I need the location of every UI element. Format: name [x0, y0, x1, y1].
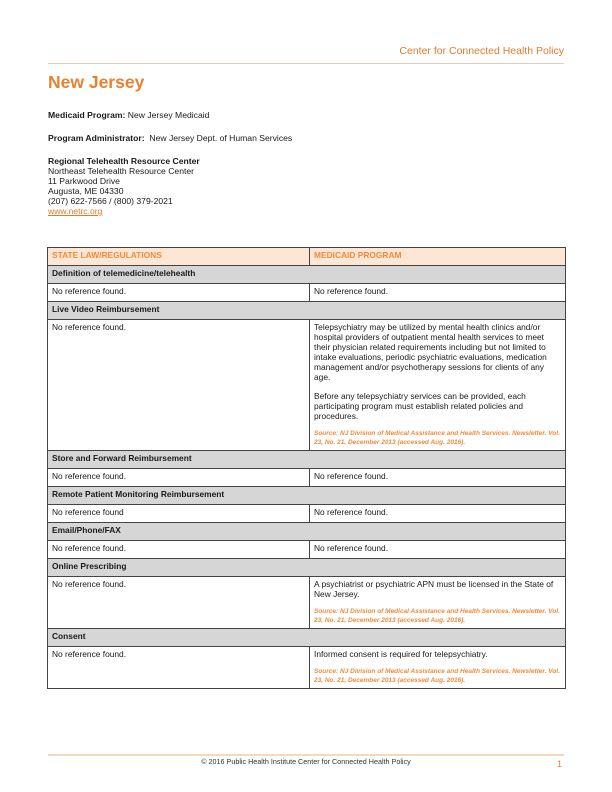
medicaid-program-label: Medicaid Program: [48, 110, 125, 120]
medicaid-cell: No reference found. [310, 541, 566, 559]
medicaid-text: No reference found. [314, 471, 561, 481]
section-title: Email/Phone/FAX [48, 523, 566, 541]
footer-copyright: © 2016 Public Health Institute Center fo… [0, 757, 612, 766]
resource-center-block: Regional Telehealth Resource Center Nort… [48, 156, 200, 216]
table-row: No reference found.Informed consent is r… [48, 647, 566, 689]
medicaid-cell: No reference found. [310, 469, 566, 487]
source-citation: Source: NJ Division of Medical Assistanc… [314, 608, 561, 625]
resource-center-address2: Augusta, ME 04330 [48, 186, 200, 196]
state-law-cell: No reference found. [48, 647, 310, 689]
resource-center-address1: 11 Parkwood Drive [48, 176, 200, 186]
resource-center-name: Northeast Telehealth Resource Center [48, 166, 200, 176]
resource-center-website-link[interactable]: www.netrc.org [48, 206, 102, 216]
table-row: No reference found.A psychiatrist or psy… [48, 577, 566, 629]
section-header-row: Remote Patient Monitoring Reimbursement [48, 487, 566, 505]
medicaid-cell: Informed consent is required for telepsy… [310, 647, 566, 689]
state-law-cell: No reference found. [48, 577, 310, 629]
section-title: Definition of telemedicine/telehealth [48, 266, 566, 284]
medicaid-text: No reference found. [314, 507, 561, 517]
table-header-row: STATE LAW/REGULATIONS MEDICAID PROGRAM [48, 248, 566, 266]
program-administrator-line: Program Administrator: New Jersey Dept. … [48, 133, 292, 143]
section-header-row: Online Prescribing [48, 559, 566, 577]
section-title: Consent [48, 629, 566, 647]
medicaid-cell: Telepsychiatry may be utilized by mental… [310, 320, 566, 451]
state-law-cell: No reference found. [48, 320, 310, 451]
section-header-row: Store and Forward Reimbursement [48, 451, 566, 469]
section-title: Store and Forward Reimbursement [48, 451, 566, 469]
medicaid-cell: A psychiatrist or psychiatric APN must b… [310, 577, 566, 629]
page-number: 1 [557, 759, 562, 769]
state-law-cell: No reference found. [48, 284, 310, 302]
table-row: No reference foundNo reference found. [48, 505, 566, 523]
medicaid-cell: No reference found. [310, 284, 566, 302]
page-title: New Jersey [48, 72, 144, 93]
table-row: No reference found.No reference found. [48, 541, 566, 559]
section-header-row: Consent [48, 629, 566, 647]
state-law-cell: No reference found. [48, 541, 310, 559]
column-header-medicaid: MEDICAID PROGRAM [310, 248, 566, 266]
medicaid-text: No reference found. [314, 543, 561, 553]
medicaid-text: Informed consent is required for telepsy… [314, 649, 561, 659]
source-citation: Source: NJ Division of Medical Assistanc… [314, 668, 561, 685]
medicaid-text: A psychiatrist or psychiatric APN must b… [314, 579, 561, 599]
footer-divider [48, 754, 564, 756]
medicaid-text: No reference found. [314, 286, 561, 296]
policy-table: STATE LAW/REGULATIONS MEDICAID PROGRAM D… [47, 247, 566, 689]
source-citation: Source: NJ Division of Medical Assistanc… [314, 430, 561, 447]
section-header-row: Definition of telemedicine/telehealth [48, 266, 566, 284]
resource-center-label: Regional Telehealth Resource Center [48, 156, 200, 166]
table-row: No reference found.Telepsychiatry may be… [48, 320, 566, 451]
program-administrator-label: Program Administrator: [48, 133, 145, 143]
resource-center-phone: (207) 622-7566 / (800) 379-2021 [48, 196, 200, 206]
state-law-cell: No reference found. [48, 469, 310, 487]
medicaid-program-line: Medicaid Program: New Jersey Medicaid [48, 110, 209, 120]
header-divider [48, 63, 564, 64]
org-header: Center for Connected Health Policy [399, 45, 564, 57]
section-title: Remote Patient Monitoring Reimbursement [48, 487, 566, 505]
program-administrator-value: New Jersey Dept. of Human Services [149, 133, 292, 143]
medicaid-text: Telepsychiatry may be utilized by mental… [314, 322, 561, 382]
table-row: No reference found.No reference found. [48, 469, 566, 487]
section-header-row: Live Video Reimbursement [48, 302, 566, 320]
medicaid-text: Before any telepsychiatry services can b… [314, 391, 561, 421]
section-title: Online Prescribing [48, 559, 566, 577]
medicaid-program-value: New Jersey Medicaid [128, 110, 210, 120]
state-law-cell: No reference found [48, 505, 310, 523]
column-header-state-law: STATE LAW/REGULATIONS [48, 248, 310, 266]
medicaid-cell: No reference found. [310, 505, 566, 523]
section-header-row: Email/Phone/FAX [48, 523, 566, 541]
section-title: Live Video Reimbursement [48, 302, 566, 320]
table-row: No reference found.No reference found. [48, 284, 566, 302]
